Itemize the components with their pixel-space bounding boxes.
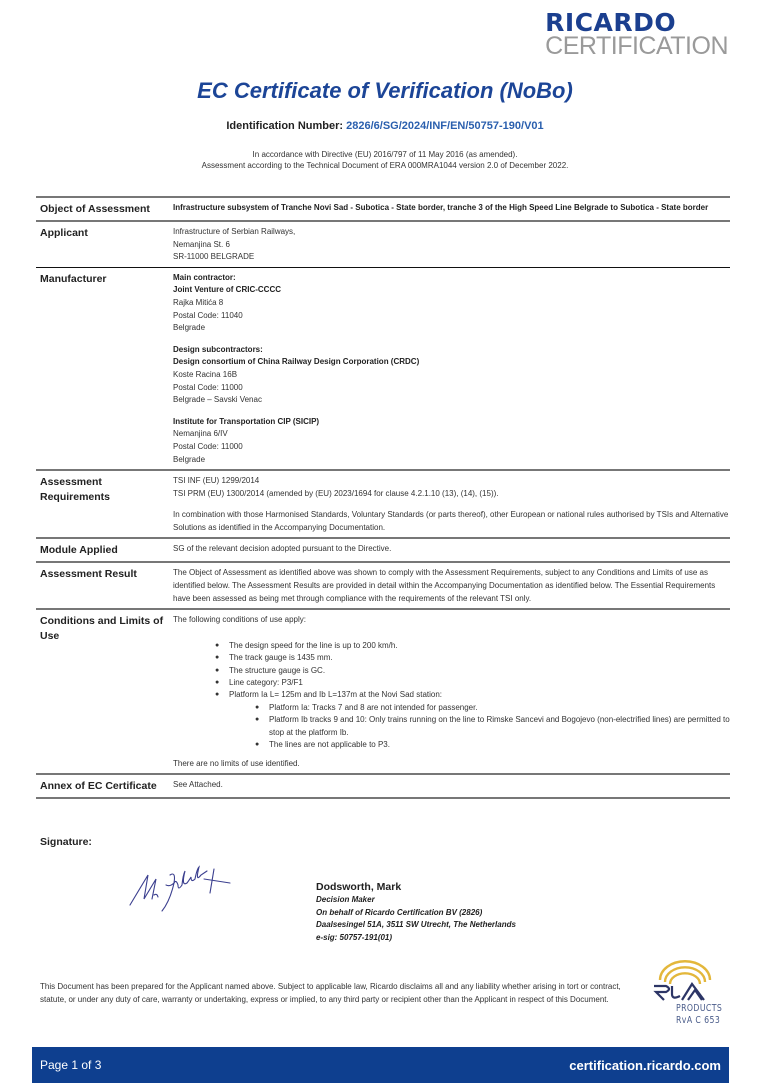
identification-value: 2826/6/SG/2024/INF/EN/50757-190/V01 <box>346 120 544 132</box>
row-value: The Object of Assessment as identified a… <box>173 567 730 605</box>
row-value: See Attached. <box>173 779 730 794</box>
sub-list-item: Platform Ib tracks 9 and 10: Only trains… <box>255 714 730 739</box>
label-line: Assessment <box>40 475 173 490</box>
handwritten-signature-icon <box>126 865 266 915</box>
page-number: Page 1 of 3 <box>40 1058 101 1072</box>
label-line: Requirements <box>40 490 173 505</box>
intro-text: In accordance with Directive (EU) 2016/7… <box>0 150 770 171</box>
requirements-note: In combination with those Harmonised Sta… <box>173 509 730 534</box>
row-assessment-result: Assessment Result The Object of Assessme… <box>36 561 730 608</box>
design-subcontractor-name: Design consortium of China Railway Desig… <box>173 357 419 366</box>
row-module-applied: Module Applied SG of the relevant decisi… <box>36 537 730 561</box>
row-label: Annex of EC Certificate <box>36 779 173 794</box>
row-value: SG of the relevant decision adopted purs… <box>173 543 730 558</box>
website-link[interactable]: certification.ricardo.com <box>569 1058 721 1073</box>
row-label: Conditions and Limits of Use <box>36 614 173 770</box>
address-line: Belgrade <box>173 454 730 467</box>
disclaimer-text: This Document has been prepared for the … <box>40 980 640 1006</box>
applicant-line: SR-11000 BELGRADE <box>173 251 730 264</box>
signer-esig: e-sig: 50757-191(01) <box>316 932 516 945</box>
conditions-list: The design speed for the line is up to 2… <box>215 640 730 752</box>
intro-line: Assessment according to the Technical Do… <box>0 161 770 172</box>
conditions-closing: There are no limits of use identified. <box>173 758 730 771</box>
row-label: Assessment Result <box>36 567 173 605</box>
row-object-of-assessment: Object of Assessment Infrastructure subs… <box>36 196 730 220</box>
document-title: EC Certificate of Verification (NoBo) <box>0 78 770 104</box>
applicant-line: Nemanjina St. 6 <box>173 239 730 252</box>
list-item: The structure gauge is GC. <box>215 665 730 677</box>
applicant-line: Infrastructure of Serbian Railways, <box>173 226 730 239</box>
address-line: Belgrade <box>173 322 730 335</box>
address-line: Postal Code: 11000 <box>173 441 730 454</box>
row-value: Main contractor: Joint Venture of CRIC-C… <box>173 272 730 466</box>
list-item: Platform Ia L= 125m and Ib L=137m at the… <box>215 689 730 751</box>
row-label: Assessment Requirements <box>36 475 173 534</box>
sub-list-item: Platform Ia: Tracks 7 and 8 are not inte… <box>255 702 730 714</box>
address-line: Rajka Mitića 8 <box>173 297 730 310</box>
main-contractor-heading: Main contractor: <box>173 273 236 282</box>
list-item: Line category: P3/F1 <box>215 677 730 689</box>
intro-line: In accordance with Directive (EU) 2016/7… <box>0 150 770 161</box>
object-value: Infrastructure subsystem of Tranche Novi… <box>173 203 708 212</box>
row-label: Manufacturer <box>36 272 173 466</box>
row-label: Object of Assessment <box>36 202 173 217</box>
page-footer: Page 1 of 3 certification.ricardo.com <box>32 1047 729 1083</box>
list-item: The design speed for the line is up to 2… <box>215 640 730 652</box>
signer-behalf: On behalf of Ricardo Certification BV (2… <box>316 907 516 920</box>
requirement-line: TSI PRM (EU) 1300/2014 (amended by (EU) … <box>173 488 730 501</box>
accreditation-line: RvA C 653 <box>676 1015 722 1027</box>
certificate-table: Object of Assessment Infrastructure subs… <box>36 196 730 799</box>
identification-label: Identification Number: <box>226 120 343 132</box>
signer-role: Decision Maker <box>316 894 516 907</box>
address-line: Postal Code: 11040 <box>173 310 730 323</box>
signature-label: Signature: <box>40 836 92 848</box>
row-value: The following conditions of use apply: T… <box>173 614 730 770</box>
list-item-text: Platform Ia L= 125m and Ib L=137m at the… <box>229 690 442 699</box>
row-annex: Annex of EC Certificate See Attached. <box>36 773 730 799</box>
accreditation-text: PRODUCTS RvA C 653 <box>676 1003 722 1027</box>
accreditation-line: PRODUCTS <box>676 1003 722 1015</box>
conditions-intro: The following conditions of use apply: <box>173 614 730 627</box>
ricardo-certification-logo: RICARDO CERTIFICATION <box>545 10 728 59</box>
identification-number: Identification Number: 2826/6/SG/2024/IN… <box>0 120 770 132</box>
requirement-line: TSI INF (EU) 1299/2014 <box>173 475 730 488</box>
logo-line-certification: CERTIFICATION <box>545 34 728 59</box>
row-assessment-requirements: Assessment Requirements TSI INF (EU) 129… <box>36 469 730 537</box>
design-subcontractors-heading: Design subcontractors: <box>173 345 263 354</box>
row-label: Applicant <box>36 226 173 264</box>
sub-list-item: The lines are not applicable to P3. <box>255 739 730 751</box>
signer-block: Dodsworth, Mark Decision Maker On behalf… <box>316 880 516 944</box>
signer-address: Daalsesingel 51A, 3511 SW Utrecht, The N… <box>316 919 516 932</box>
row-manufacturer: Manufacturer Main contractor: Joint Vent… <box>36 267 730 469</box>
row-applicant: Applicant Infrastructure of Serbian Rail… <box>36 220 730 267</box>
row-value: TSI INF (EU) 1299/2014 TSI PRM (EU) 1300… <box>173 475 730 534</box>
address-line: Koste Racina 16B <box>173 369 730 382</box>
address-line: Nemanjina 6/IV <box>173 428 730 441</box>
main-contractor-name: Joint Venture of CRIC-CCCC <box>173 285 281 294</box>
list-item: The track gauge is 1435 mm. <box>215 652 730 664</box>
row-value: Infrastructure of Serbian Railways, Nema… <box>173 226 730 264</box>
row-value: Infrastructure subsystem of Tranche Novi… <box>173 202 730 217</box>
address-line: Postal Code: 11000 <box>173 382 730 395</box>
row-label: Module Applied <box>36 543 173 558</box>
institute-name: Institute for Transportation CIP (SICIP) <box>173 417 319 426</box>
row-conditions-limits: Conditions and Limits of Use The followi… <box>36 608 730 773</box>
address-line: Belgrade – Savski Venac <box>173 394 730 407</box>
platform-sub-list: Platform Ia: Tracks 7 and 8 are not inte… <box>255 702 730 752</box>
signer-name: Dodsworth, Mark <box>316 880 516 894</box>
